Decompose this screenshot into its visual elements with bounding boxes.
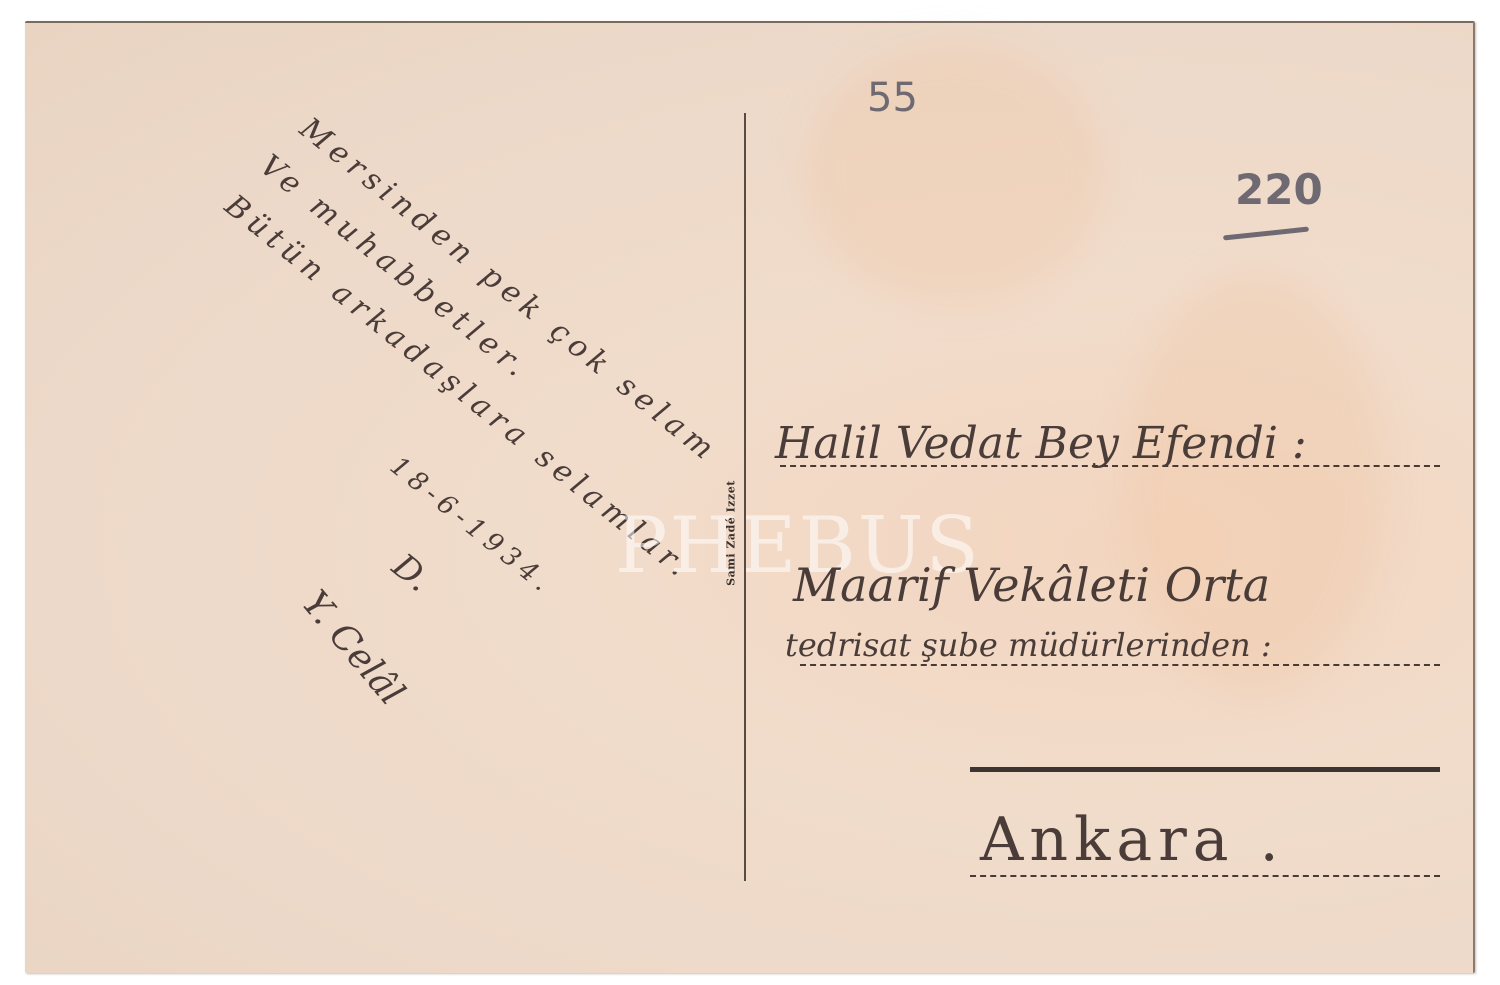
address-line-2: Maarif Vekâleti Orta <box>793 558 1270 612</box>
printer-imprint: Sami Zadé Izzet <box>725 480 738 586</box>
postcard-back: 55 220 Mersinden pek çok selam Ve muhabb… <box>25 21 1475 973</box>
address-dotted-line-1 <box>780 465 1440 467</box>
center-divider <box>744 113 746 881</box>
address-line-1: Halil Vedat Bey Efendi : <box>775 418 1307 469</box>
address-city: Ankara . <box>980 805 1285 875</box>
pencil-note-price: 220 <box>1235 165 1323 214</box>
signature-initial: D. <box>385 546 439 600</box>
address-dotted-line-3 <box>970 875 1440 877</box>
address-dotted-line-2 <box>800 664 1440 666</box>
water-stain <box>805 43 1105 303</box>
pencil-underline <box>1223 227 1309 241</box>
pencil-note-number: 55 <box>867 75 918 121</box>
signature: Y. Celâl <box>294 583 412 713</box>
address-solid-line <box>970 767 1440 772</box>
address-line-3: tedrisat şube müdürlerinden : <box>785 626 1272 664</box>
